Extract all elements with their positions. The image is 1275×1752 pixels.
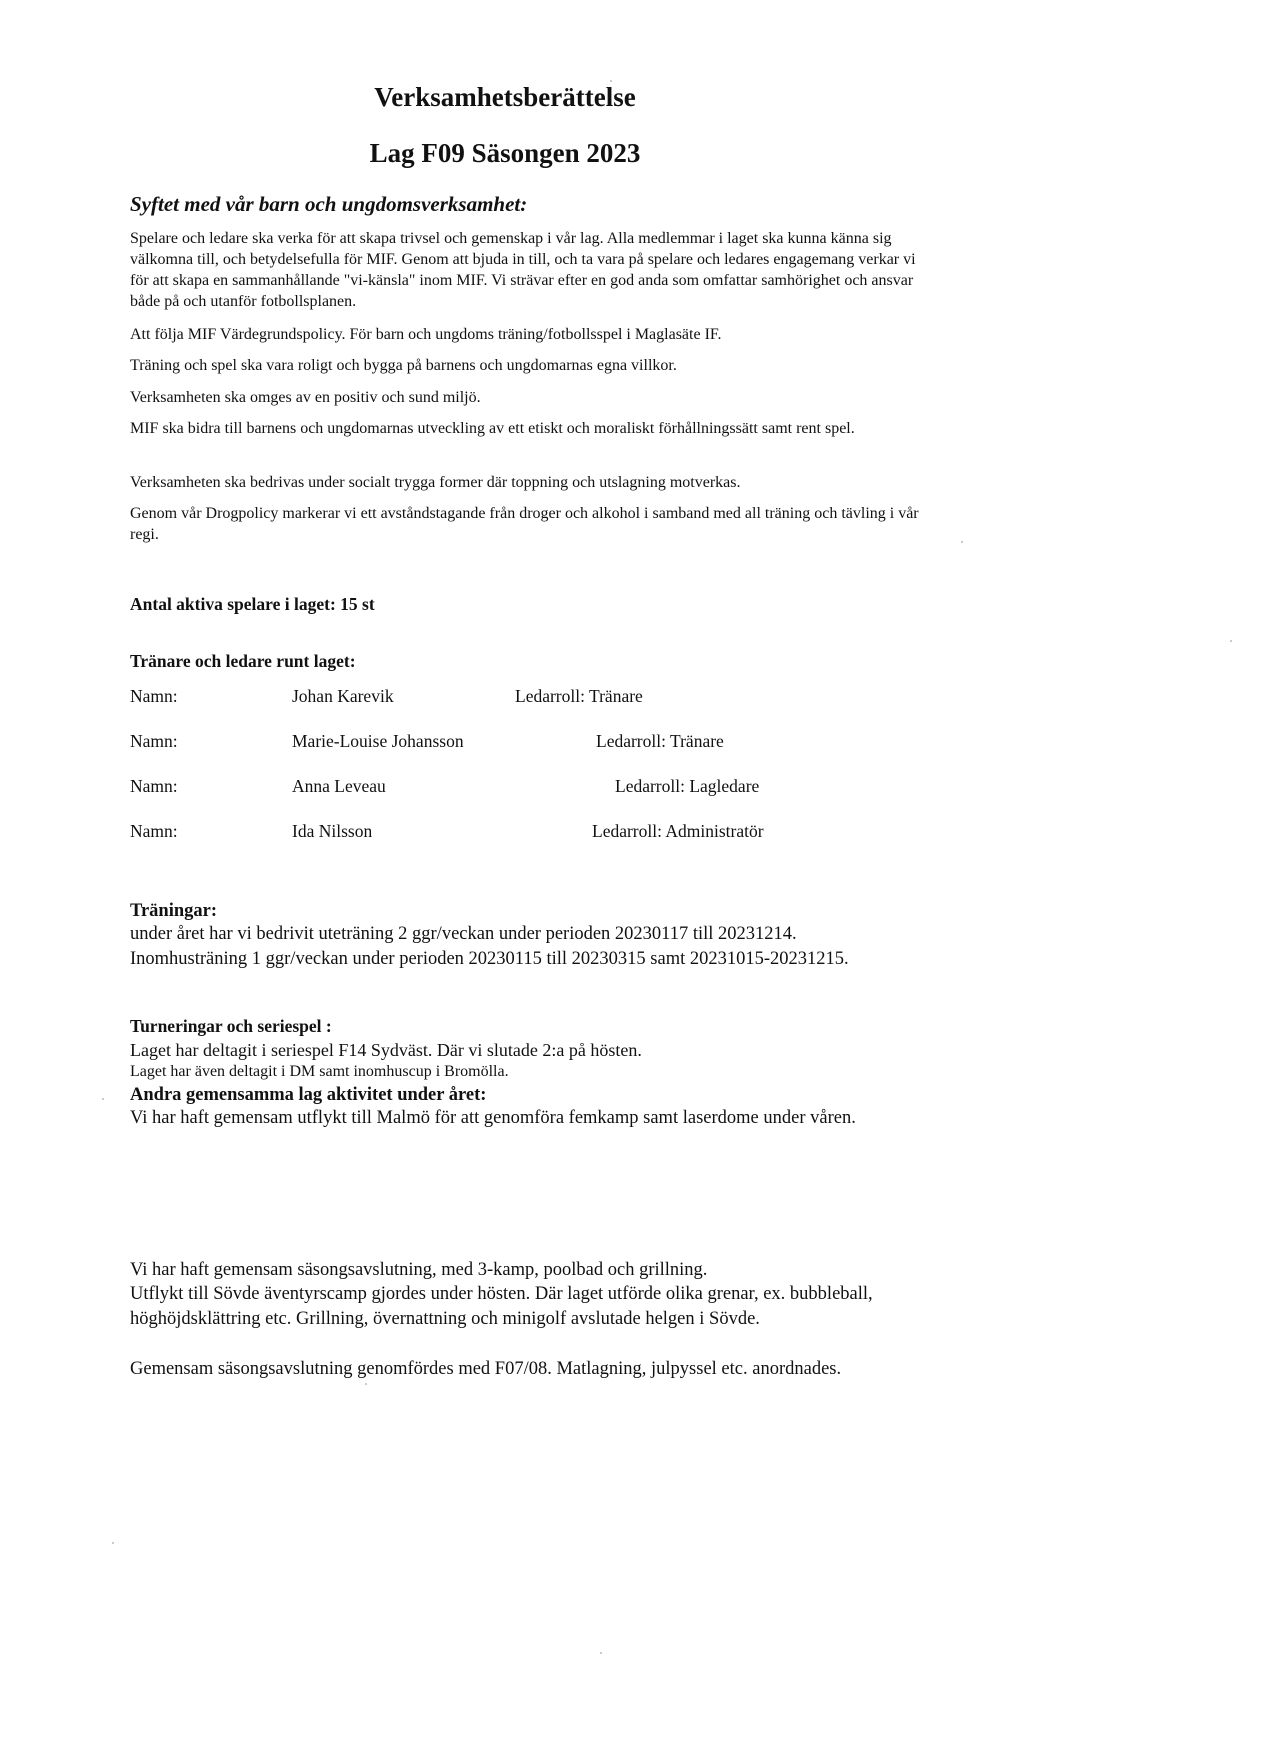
leader-label: Namn: — [130, 731, 178, 752]
leader-name: Ida Nilsson — [292, 821, 372, 842]
leader-label: Namn: — [130, 821, 178, 842]
purpose-paragraph: Träning och spel ska vara roligt och byg… — [130, 355, 920, 376]
scan-speck — [102, 1098, 104, 1100]
purpose-paragraph: Verksamheten ska bedrivas under socialt … — [130, 472, 920, 493]
purpose-paragraph: Genom vår Drogpolicy markerar vi ett avs… — [130, 503, 920, 545]
leaders-heading: Tränare och ledare runt laget: — [130, 651, 356, 672]
tournaments-line: Laget har även deltagit i DM samt inomhu… — [130, 1063, 509, 1081]
scan-speck — [600, 1652, 602, 1654]
active-players-count: Antal aktiva spelare i laget: 15 st — [130, 594, 375, 615]
closing-line: Gemensam säsongsavslutning genomfördes m… — [130, 1357, 910, 1382]
leader-name: Johan Karevik — [292, 686, 394, 707]
document-subtitle: Lag F09 Säsongen 2023 — [0, 138, 1010, 169]
tournaments-line: Laget har deltagit i seriespel F14 Sydvä… — [130, 1040, 642, 1061]
other-activities-text: Vi har haft gemensam utflykt till Malmö … — [130, 1106, 910, 1131]
leader-role: Ledarroll: Tränare — [596, 731, 724, 752]
leader-name: Anna Leveau — [292, 776, 386, 797]
trainings-heading: Träningar: — [130, 901, 217, 922]
purpose-paragraph: Att följa MIF Värdegrundspolicy. För bar… — [130, 324, 920, 345]
document-title: Verksamhetsberättelse — [0, 82, 1010, 113]
purpose-paragraph: MIF ska bidra till barnens och ungdomarn… — [130, 418, 920, 439]
leader-label: Namn: — [130, 686, 178, 707]
leader-role: Ledarroll: Tränare — [515, 686, 643, 707]
scan-speck — [961, 541, 963, 543]
scan-speck — [610, 80, 612, 82]
other-activities-heading: Andra gemensamma lag aktivitet under åre… — [130, 1085, 486, 1106]
scan-speck — [365, 1383, 367, 1385]
purpose-paragraph: Verksamheten ska omges av en positiv och… — [130, 387, 920, 408]
tournaments-heading: Turneringar och seriespel : — [130, 1016, 332, 1037]
leader-role: Ledarroll: Administratör — [592, 821, 764, 842]
trainings-text: under året har vi bedrivit uteträning 2 … — [130, 922, 910, 972]
leader-role: Ledarroll: Lagledare — [615, 776, 759, 797]
purpose-paragraph: Spelare och ledare ska verka för att ska… — [130, 228, 920, 312]
purpose-heading: Syftet med vår barn och ungdomsverksamhe… — [130, 192, 527, 217]
leader-label: Namn: — [130, 776, 178, 797]
scan-speck — [112, 1542, 114, 1544]
closing-line: Vi har haft gemensam säsongsavslutning, … — [130, 1258, 910, 1283]
scan-speck — [1230, 640, 1232, 642]
leader-name: Marie-Louise Johansson — [292, 731, 464, 752]
closing-line: Utflykt till Sövde äventyrscamp gjordes … — [130, 1282, 910, 1332]
